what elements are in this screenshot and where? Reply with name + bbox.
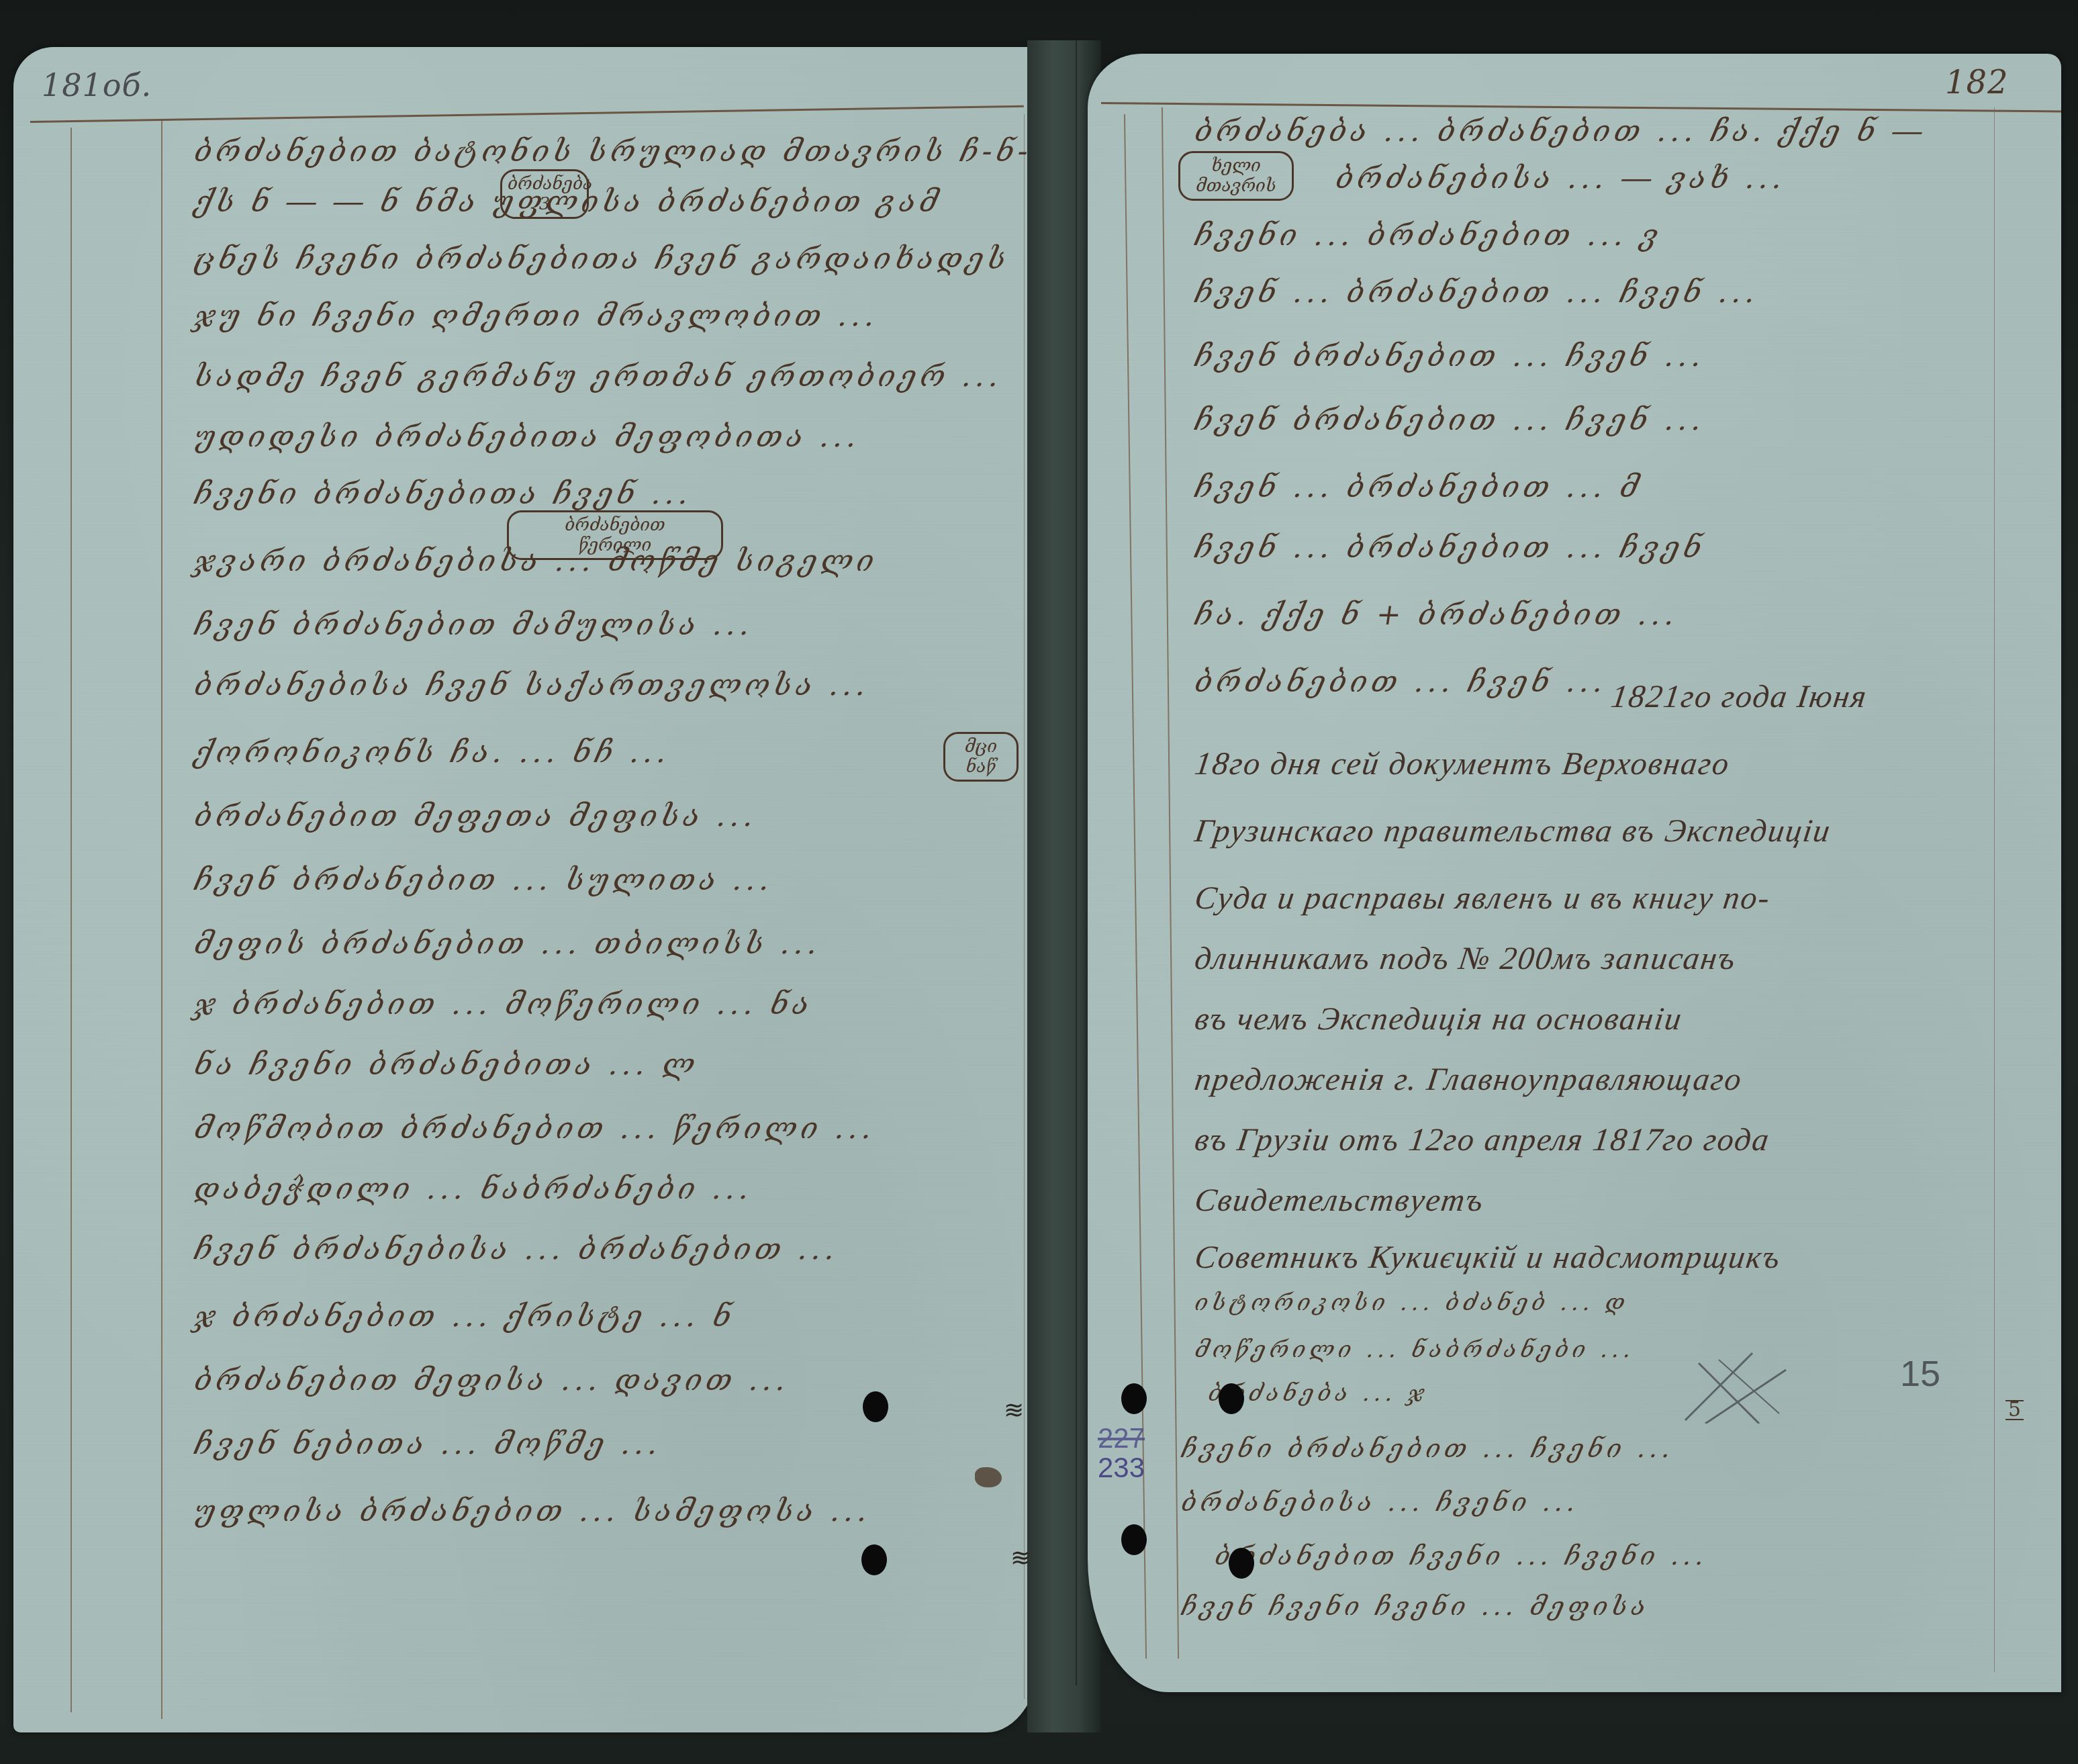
ru-line: въ Грузіи отъ 12го апреля 1817го года	[1192, 1121, 1773, 1158]
left-line: ქორონიკონს ჩა. ... ნჩ ...	[192, 735, 673, 770]
ru-line: Советникъ Кукиєцкій и надсмотрщикъ	[1192, 1239, 1783, 1276]
ru-line: предложенія г. Главноуправляющаго	[1192, 1061, 1745, 1098]
right-line: ბრძანებისა ... ― ვახ ...	[1333, 161, 1788, 195]
archive-number-struck: 227	[1098, 1424, 1145, 1453]
left-line: ბრძანებით ბატონის სრულიად მთავრის ჩ-ნ-	[192, 134, 1034, 169]
right-folio-number: 182	[1945, 64, 2009, 101]
binding-hole-icon	[1121, 1524, 1147, 1555]
right-lower-line: ჩვენ ჩვენი ჩვენი ... მეფისა	[1180, 1591, 1652, 1621]
archive-number-current: 233	[1098, 1453, 1145, 1483]
right-lower-line: ჩვენი ბრძანებით ... ჩვენი ...	[1180, 1434, 1676, 1463]
left-line: დაბეჭდილი ... ნაბრძანები ...	[192, 1172, 755, 1206]
archive-number: 227 233	[1098, 1424, 1145, 1483]
left-right-margin-rule	[1024, 114, 1025, 1699]
binding-thread-mark: ≋	[1010, 1544, 1031, 1572]
right-line: ბრძანება ... ბრძანებით ... ჩა. ქქე ნ ―	[1192, 114, 1928, 148]
left-line: ჩვენ ნებითა ... მოწმე ...	[192, 1427, 664, 1461]
right-line: ჩვენ ბრძანებით ... ჩვენ ...	[1192, 403, 1707, 437]
left-margin-note-1: ბრძანება 3	[500, 169, 589, 219]
right-line: ბრძანებით ... ჩვენ ...	[1192, 665, 1609, 699]
right-line: ჩა. ქქე ნ + ბრძანებით ...	[1192, 598, 1681, 632]
right-line: ჩვენ ... ბრძანებით ... მ	[1192, 470, 1644, 504]
left-folio-number: 181об.	[42, 67, 152, 103]
right-line: ჩვენი ... ბრძანებით ... ვ	[1192, 218, 1664, 252]
ru-line: Грузинскаго правительства въ Экспедиціи	[1192, 813, 1834, 849]
side-marker: 5	[2005, 1400, 2024, 1420]
left-line: მოწმობით ბრძანებით ... წერილი ...	[192, 1111, 878, 1146]
left-line: ჩვენ ბრძანებისა ... ბრძანებით ...	[192, 1232, 841, 1266]
right-margin-note: ხელი მთავრის	[1178, 151, 1294, 201]
right-right-margin-rule	[1994, 107, 1995, 1672]
left-line: ჩვენი ბრძანებითა ჩვენ ...	[192, 477, 694, 511]
left-line: ცნეს ჩვენი ბრძანებითა ჩვენ გარდაიხადეს	[192, 242, 1012, 276]
left-line: ბრძანებით მეფეთა მეფისა ...	[192, 799, 759, 833]
right-line: ჩვენ ... ბრძანებით ... ჩვენ ...	[1192, 275, 1761, 310]
binding-hole-icon	[1121, 1383, 1147, 1414]
binding-hole-icon	[1229, 1548, 1254, 1579]
left-margin-rule-1	[70, 128, 72, 1712]
ru-line: Суда и расправы явленъ и въ книгу по-	[1192, 880, 1773, 917]
left-line: ბრძანებით მეფისა ... დავით ...	[192, 1363, 792, 1397]
binding-hole-icon	[861, 1544, 887, 1575]
right-lower-line: ბრძანებით ჩვენი ... ჩვენი ...	[1213, 1541, 1710, 1571]
left-line: ჩვენ ბრძანებით ... სულითა ...	[192, 863, 775, 897]
ru-line: длинникамъ подъ № 200мъ записанъ	[1192, 940, 1739, 977]
signature-line: მოწერილი ... ნაბრძანები ...	[1193, 1336, 1636, 1363]
left-line: ჯუ ნი ჩვენი ღმერთი მრავლობით ...	[192, 299, 881, 333]
left-line: ბრძანებისა ჩვენ საქართველოსა ...	[192, 668, 872, 702]
left-line: ჯ ბრძანებით ... მოწერილი ... ნა	[192, 987, 815, 1021]
pencil-cross-mark	[1679, 1350, 1793, 1424]
left-margin-note-2: ბრძანებით წერილი	[507, 510, 723, 560]
left-margin-rule-2	[161, 121, 162, 1719]
signature-line: ისტორიკოსი ... ბძანებ ... დ	[1193, 1289, 1631, 1316]
binding-hole-icon	[863, 1391, 888, 1422]
pencil-number: 15	[1900, 1353, 1940, 1395]
left-line: ჩვენ ბრძანებით მამულისა ...	[192, 608, 755, 642]
ink-blot	[975, 1467, 1002, 1487]
ru-line: Свидетельствуетъ	[1192, 1182, 1486, 1219]
left-line: უდიდესი ბრძანებითა მეფობითა ...	[192, 420, 863, 454]
left-line: მეფის ბრძანებით ... თბილისს ...	[192, 927, 823, 961]
ru-line: 18го дня сей документъ Верховнаго	[1192, 745, 1732, 782]
left-line: ჯ ბრძანებით ... ქრისტე ... ნ	[192, 1299, 737, 1334]
binding-hole-icon	[1219, 1383, 1244, 1414]
left-line: უფლისა ბრძანებით ... სამეფოსა ...	[192, 1494, 873, 1528]
binding-thread-mark: ≋	[1004, 1397, 1024, 1424]
right-line: ჩვენ ბრძანებით ... ჩვენ ...	[1192, 339, 1707, 373]
ru-line: 1821го года Іюня	[1609, 678, 1870, 715]
ru-line: въ чемъ Экспедиція на основаніи	[1192, 1001, 1685, 1037]
right-lower-line: ბრძანებისა ... ჩვენი ...	[1180, 1487, 1581, 1517]
right-line: ჩვენ ... ბრძანებით ... ჩვენ	[1192, 530, 1707, 565]
left-margin-note-3: მცი ნაწ	[943, 732, 1019, 782]
gutter-fold-line	[1076, 40, 1077, 1685]
left-line: ნა ჩვენი ბრძანებითა ... ლ	[192, 1048, 701, 1082]
left-line: სადმე ჩვენ გერმანუ ერთმან ერთობიერ ...	[192, 359, 1005, 393]
